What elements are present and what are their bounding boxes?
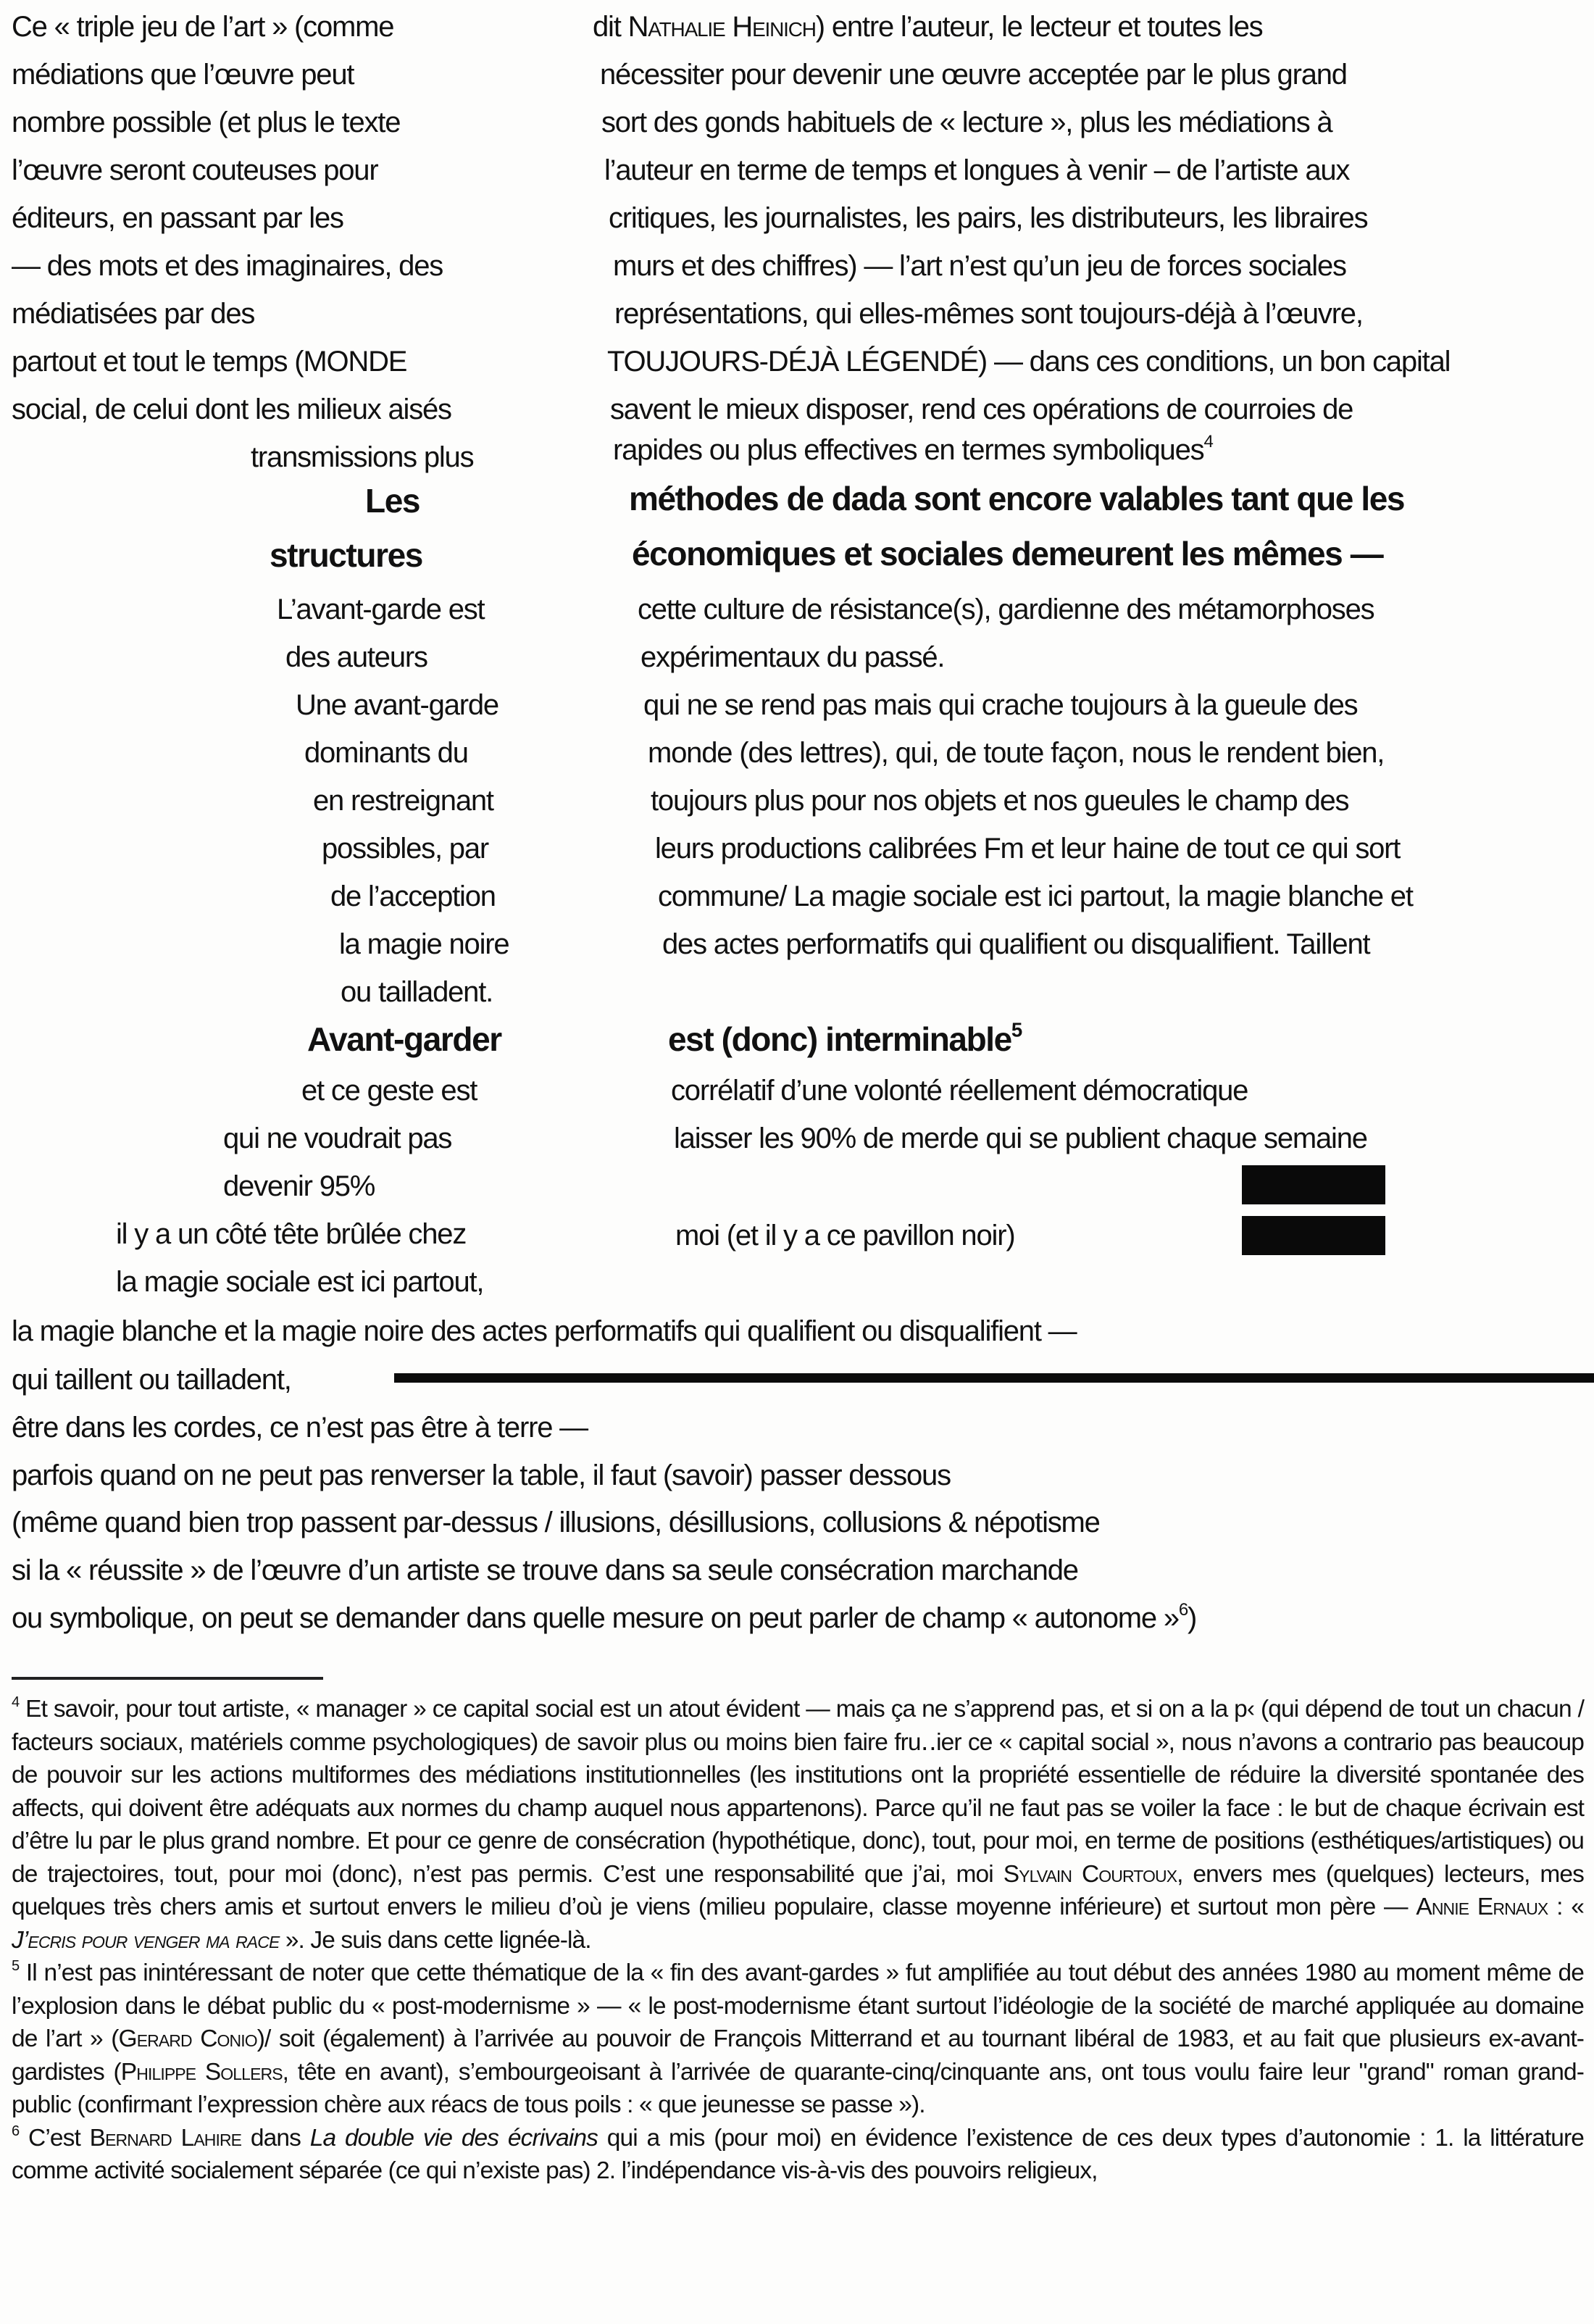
footnote-4: 4 Et savoir, pour tout artiste, « manage… bbox=[12, 1693, 1584, 1957]
text-line: TOUJOURS-DÉJÀ LÉGENDÉ) — dans ces condit… bbox=[607, 344, 1450, 379]
left-line: possibles, par bbox=[322, 831, 488, 866]
right-line-pavillon: moi (et il y a ce pavillon noir) bbox=[675, 1218, 1014, 1253]
left-line: médiations que l’œuvre peut bbox=[12, 57, 354, 92]
text-line: critiques, les journalistes, les pairs, … bbox=[609, 201, 1367, 236]
bold-line-dada: méthodes de dada sont encore valables ta… bbox=[629, 481, 1404, 516]
left-line: des auteurs bbox=[285, 640, 427, 675]
right-line-1: dit Nathalie Heinich) entre l’auteur, le… bbox=[593, 9, 1262, 44]
left-line: Les bbox=[365, 483, 420, 518]
right-line-symboliques: rapides ou plus effectives en termes sym… bbox=[613, 433, 1213, 467]
author-name-heinich: Nathalie Heinich bbox=[628, 11, 816, 43]
text-line: laisser les 90% de merde qui se publient… bbox=[674, 1121, 1367, 1156]
left-line: qui ne voudrait pas bbox=[223, 1121, 451, 1156]
footnote-ref-5[interactable]: 5 bbox=[1011, 1019, 1022, 1041]
text-line: nécessiter pour devenir une œuvre accept… bbox=[600, 57, 1347, 92]
text-line: parfois quand on ne peut pas renverser l… bbox=[12, 1458, 951, 1493]
text-line: (même quand bien trop passent par-dessus… bbox=[12, 1505, 1100, 1540]
left-line: structures bbox=[270, 538, 422, 572]
text-line: cette culture de résistance(s), gardienn… bbox=[638, 592, 1374, 627]
footnote-separator bbox=[12, 1677, 323, 1680]
bold-line-interminable: est (donc) interminable5 bbox=[668, 1022, 1022, 1057]
black-flag-block-top bbox=[1242, 1165, 1385, 1204]
bold-line-economiques: économiques et sociales demeurent les mê… bbox=[632, 536, 1382, 571]
left-line: L’avant-garde est bbox=[277, 592, 484, 627]
black-bar bbox=[394, 1373, 1594, 1383]
footnote-ref-4[interactable]: 4 bbox=[1203, 432, 1212, 451]
text-line: des actes performatifs qui qualifient ou… bbox=[662, 927, 1369, 962]
footnote-5: 5 Il n’est pas inintéressant de noter qu… bbox=[12, 1957, 1584, 2122]
footnote-ref-6[interactable]: 6 bbox=[1179, 1600, 1188, 1620]
left-line: médiatisées par des bbox=[12, 296, 254, 331]
left-line: la magie sociale est ici partout, bbox=[116, 1265, 483, 1299]
text-line: monde (des lettres), qui, de toute façon… bbox=[648, 736, 1384, 770]
left-line: dominants du bbox=[304, 736, 468, 770]
left-line: il y a un côté tête brûlée chez bbox=[116, 1217, 466, 1251]
left-line: l’œuvre seront couteuses pour bbox=[12, 153, 377, 188]
text-line: corrélatif d’une volonté réellement démo… bbox=[671, 1073, 1248, 1108]
left-line: nombre possible (et plus le texte bbox=[12, 105, 400, 140]
text-line: qui ne se rend pas mais qui crache toujo… bbox=[643, 688, 1357, 722]
left-line: — des mots et des imaginaires, des bbox=[12, 249, 443, 283]
left-line: la magie noire bbox=[339, 927, 509, 962]
text-line: représentations, qui elles-mêmes sont to… bbox=[614, 296, 1363, 331]
left-line: éditeurs, en passant par les bbox=[12, 201, 343, 236]
left-line: Ce « triple jeu de l’art » (comme bbox=[12, 9, 393, 44]
text-line: murs et des chiffres) — l’art n’est qu’u… bbox=[613, 249, 1346, 283]
text-line: savent le mieux disposer, rend ces opéra… bbox=[610, 392, 1353, 427]
text-line: être dans les cordes, ce n’est pas être … bbox=[12, 1410, 588, 1445]
text-line: commune/ La magie sociale est ici partou… bbox=[658, 879, 1413, 914]
left-line: ou tailladent. bbox=[341, 975, 493, 1009]
left-line: transmissions plus bbox=[251, 440, 473, 475]
line-magie-blanche: la magie blanche et la magie noire des a… bbox=[12, 1314, 1076, 1349]
line-taillent: qui taillent ou tailladent, bbox=[12, 1362, 291, 1397]
line-autonome: ou symbolique, on peut se demander dans … bbox=[12, 1601, 1196, 1636]
text-line: expérimentaux du passé. bbox=[640, 640, 944, 675]
text-line: leurs productions calibrées Fm et leur h… bbox=[655, 831, 1400, 866]
left-line: devenir 95% bbox=[223, 1169, 375, 1204]
left-line: en restreignant bbox=[313, 783, 493, 818]
left-line: de l’acception bbox=[330, 879, 496, 914]
left-line: social, de celui dont les milieux aisés bbox=[12, 392, 451, 427]
left-line: Une avant-garde bbox=[296, 688, 498, 722]
left-line: Avant-garder bbox=[307, 1022, 501, 1057]
text-line: sort des gonds habituels de « lecture »,… bbox=[601, 105, 1332, 140]
text-line: l’auteur en terme de temps et longues à … bbox=[604, 153, 1349, 188]
footnote-6: 6 C’est Bernard Lahire dans La double vi… bbox=[12, 2122, 1584, 2188]
text-line: si la « réussite » de l’œuvre d’un artis… bbox=[12, 1553, 1078, 1588]
text-line: toujours plus pour nos objets et nos gue… bbox=[651, 783, 1348, 818]
footnotes: 4 Et savoir, pour tout artiste, « manage… bbox=[12, 1693, 1584, 2188]
left-line: et ce geste est bbox=[301, 1073, 477, 1108]
left-line: partout et tout le temps (MONDE bbox=[12, 344, 406, 379]
black-flag-block-bottom bbox=[1242, 1216, 1385, 1255]
